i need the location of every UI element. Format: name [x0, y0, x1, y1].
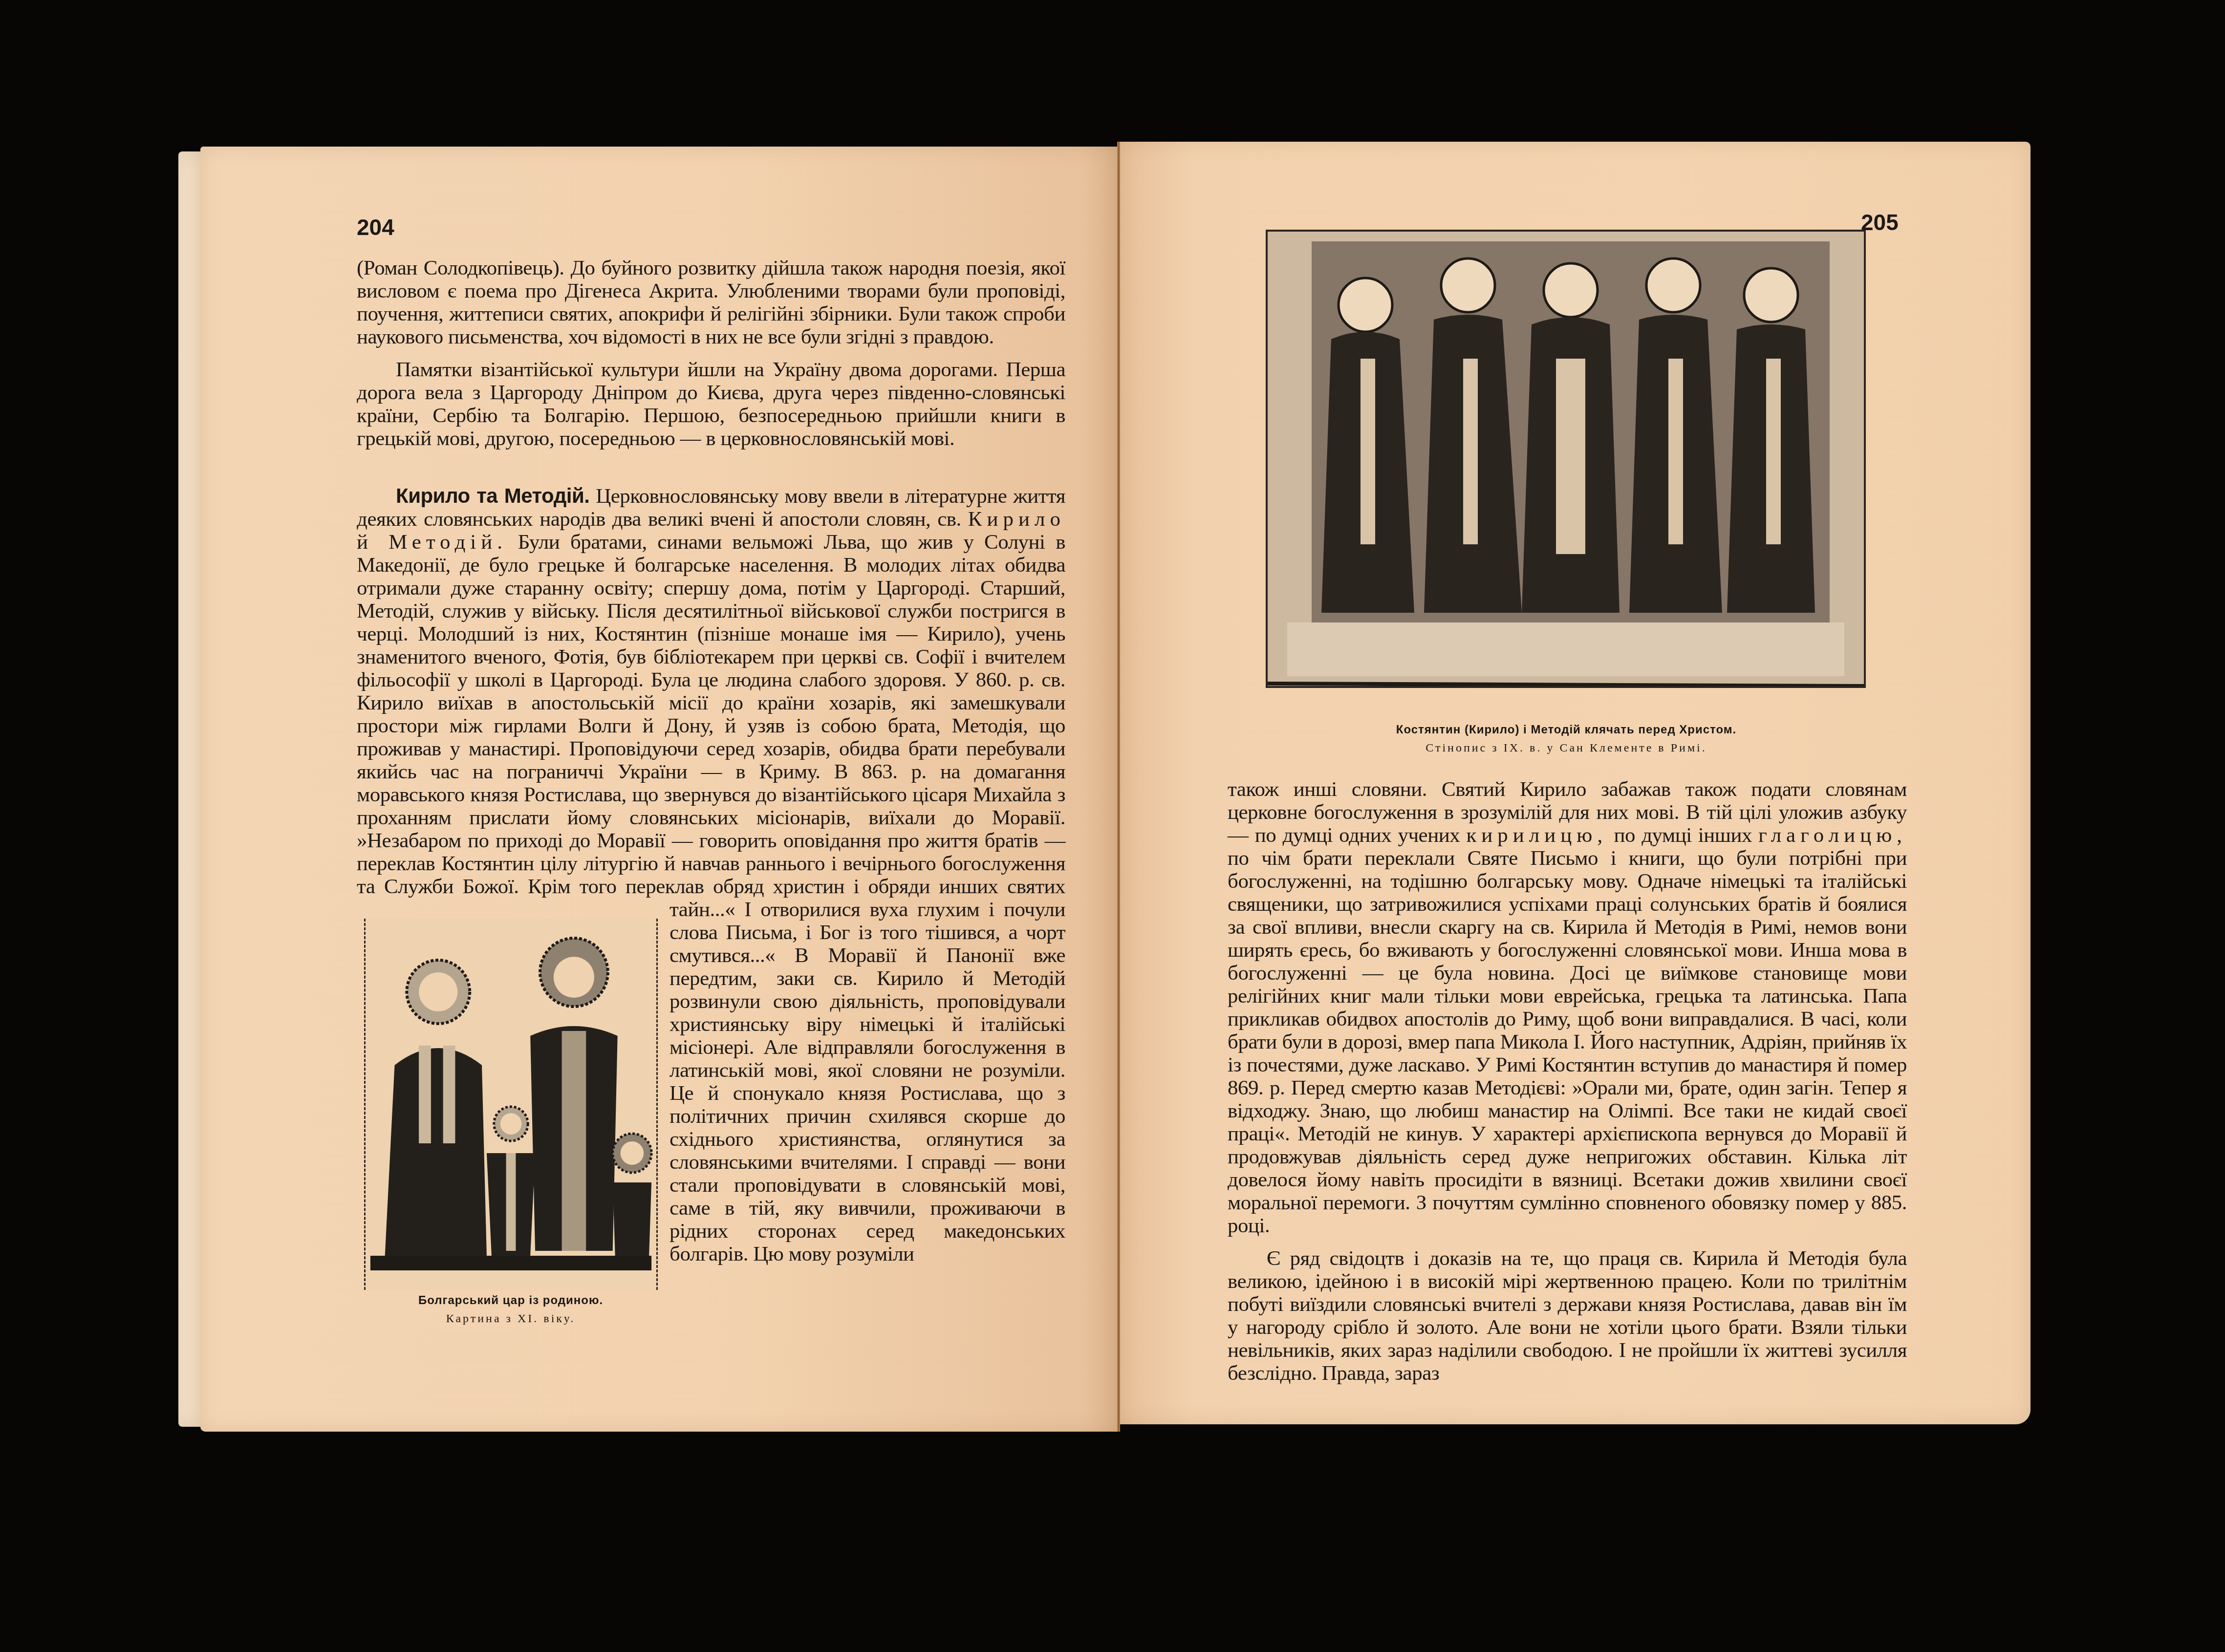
- page-number-right: 205: [1861, 209, 1899, 236]
- fresco-illustration: [1268, 232, 1864, 686]
- figure-caption-left: Болгарський цар із родиною. Картина з XI…: [364, 1294, 657, 1326]
- spaced-term: кирилицю,: [1466, 824, 1607, 847]
- caption-title: Болгарський цар із родиною.: [364, 1294, 657, 1308]
- paragraph: Памятки візантійської культури йшли на У…: [357, 358, 1065, 450]
- caption-subtitle: Стінопис з IX. в. у Сан Клементе в Римі.: [1251, 742, 1881, 755]
- caption-title: Костянтин (Кирило) і Методій клячать пер…: [1251, 723, 1881, 737]
- figure-caption-right: Костянтин (Кирило) і Методій клячать пер…: [1251, 723, 1881, 755]
- book-gutter: [1117, 142, 1120, 1432]
- figure-fresco-san-clemente: [1266, 230, 1866, 688]
- section-heading: Кирило та Методій.: [396, 484, 590, 507]
- paragraph: (Роман Солодкопівець). До буйного розвит…: [357, 257, 1065, 348]
- page-number-left: 204: [357, 214, 394, 240]
- paragraph: Є ряд свідоцтв і доказів на те, що праця…: [1228, 1247, 1907, 1385]
- figure-bulgarian-tsar: [364, 919, 658, 1290]
- text-run: по чім брати переклали Святе Письмо і кн…: [1228, 847, 1907, 1237]
- caption-subtitle: Картина з XI. віку.: [364, 1312, 657, 1326]
- text-run: по думці інших: [1614, 824, 1752, 847]
- spaced-term: глаголицю,: [1758, 824, 1907, 847]
- bulgarian-tsar-family-illustration: [366, 919, 656, 1290]
- right-page-text: також инші словяни. Святий Кирило забажа…: [1228, 778, 1907, 1385]
- paragraph: також инші словяни. Святий Кирило забажа…: [1228, 778, 1907, 1237]
